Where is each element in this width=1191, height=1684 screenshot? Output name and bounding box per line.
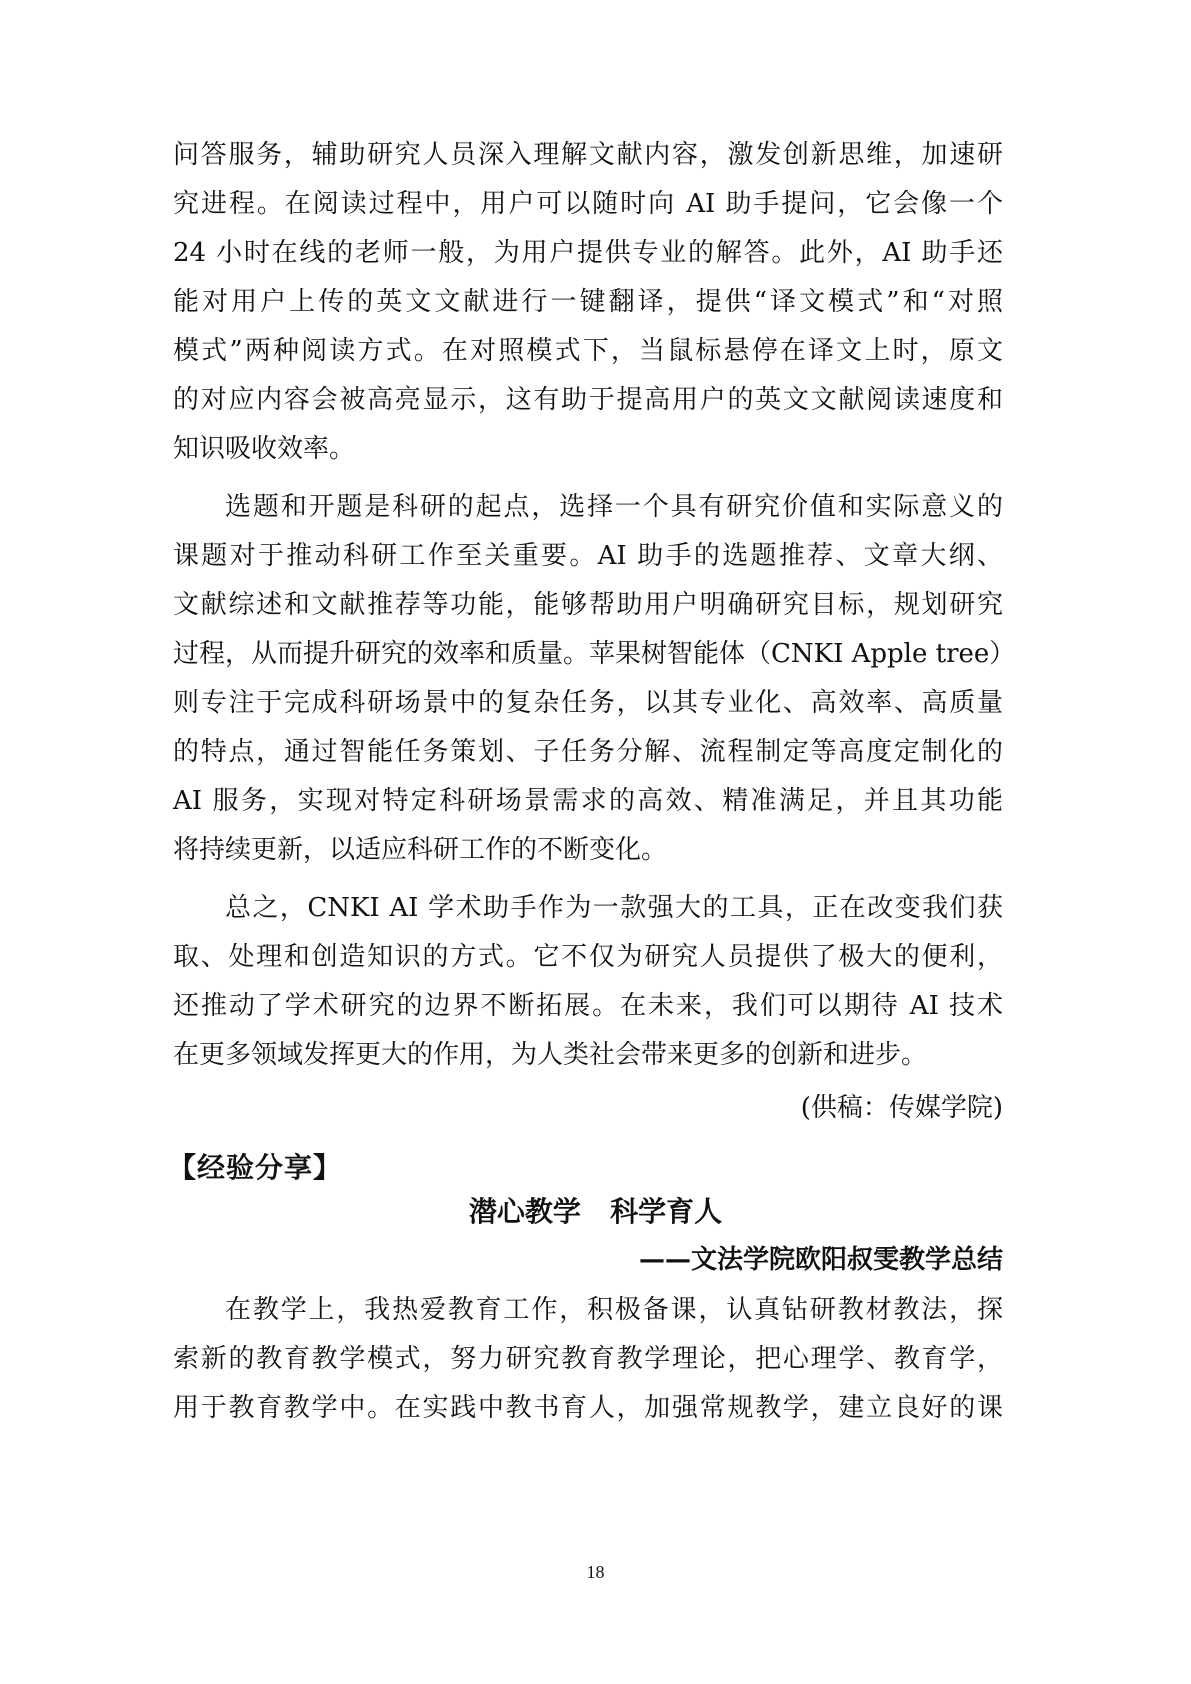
body-line: 24 小时在线的老师一般，为用户提供专业的解答。此外，AI 助手还 — [173, 233, 1003, 273]
body-line: 则专注于完成科研场景中的复杂任务，以其专业化、高效率、高质量 — [173, 683, 1003, 723]
body-line: 将持续更新，以适应科研工作的不断变化。 — [173, 830, 1003, 870]
body-line-indented: 总之，CNKI AI 学术助手作为一款强大的工具，正在改变我们获 — [225, 888, 1003, 928]
page-number: 18 — [0, 1560, 1191, 1584]
document-page: 问答服务，辅助研究人员深入理解文献内容，激发创新思维，加速研 究进程。在阅读过程… — [0, 0, 1191, 1684]
body-line: 取、处理和创造知识的方式。它不仅为研究人员提供了极大的便利， — [173, 937, 1003, 977]
article-title: 潜心教学 科学育人 — [0, 1192, 1191, 1232]
body-line: 的对应内容会被高亮显示，这有助于提高用户的英文文献阅读速度和 — [173, 380, 1003, 420]
body-line: 在更多领域发挥更大的作用，为人类社会带来更多的创新和进步。 — [173, 1035, 1003, 1075]
body-line: 过程，从而提升研究的效率和质量。苹果树智能体（CNKI Apple tree） — [173, 634, 1003, 674]
body-line: 能对用户上传的英文文献进行一键翻译，提供“译文模式”和“对照 — [173, 282, 1003, 322]
body-line-indented: 选题和开题是科研的起点，选择一个具有研究价值和实际意义的 — [225, 487, 1003, 527]
body-line: 索新的教育教学模式，努力研究教育教学理论，把心理学、教育学， — [173, 1339, 1003, 1379]
article-subtitle: ——文法学院欧阳叔雯教学总结 — [639, 1240, 1003, 1280]
body-line: 知识吸收效率。 — [173, 429, 1003, 469]
body-line: 模式”两种阅读方式。在对照模式下，当鼠标悬停在译文上时，原文 — [173, 331, 1003, 371]
body-line: 还推动了学术研究的边界不断拓展。在未来，我们可以期待 AI 技术 — [173, 986, 1003, 1026]
contributor-signoff: (供稿：传媒学院) — [801, 1088, 1003, 1128]
body-line: 的特点，通过智能任务策划、子任务分解、流程制定等高度定制化的 — [173, 732, 1003, 772]
body-line: 文献综述和文献推荐等功能，能够帮助用户明确研究目标，规划研究 — [173, 585, 1003, 625]
body-line: AI 服务，实现对特定科研场景需求的高效、精准满足，并且其功能 — [173, 781, 1003, 821]
section-header: 【经验分享】 — [168, 1148, 342, 1188]
body-line: 究进程。在阅读过程中，用户可以随时向 AI 助手提问，它会像一个 — [173, 184, 1003, 224]
body-line: 用于教育教学中。在实践中教书育人，加强常规教学，建立良好的课 — [173, 1388, 1003, 1428]
body-line: 课题对于推动科研工作至关重要。AI 助手的选题推荐、文章大纲、 — [173, 536, 1003, 576]
body-line: 问答服务，辅助研究人员深入理解文献内容，激发创新思维，加速研 — [173, 135, 1003, 175]
body-line-indented: 在教学上，我热爱教育工作，积极备课，认真钻研教材教法，探 — [225, 1290, 1003, 1330]
